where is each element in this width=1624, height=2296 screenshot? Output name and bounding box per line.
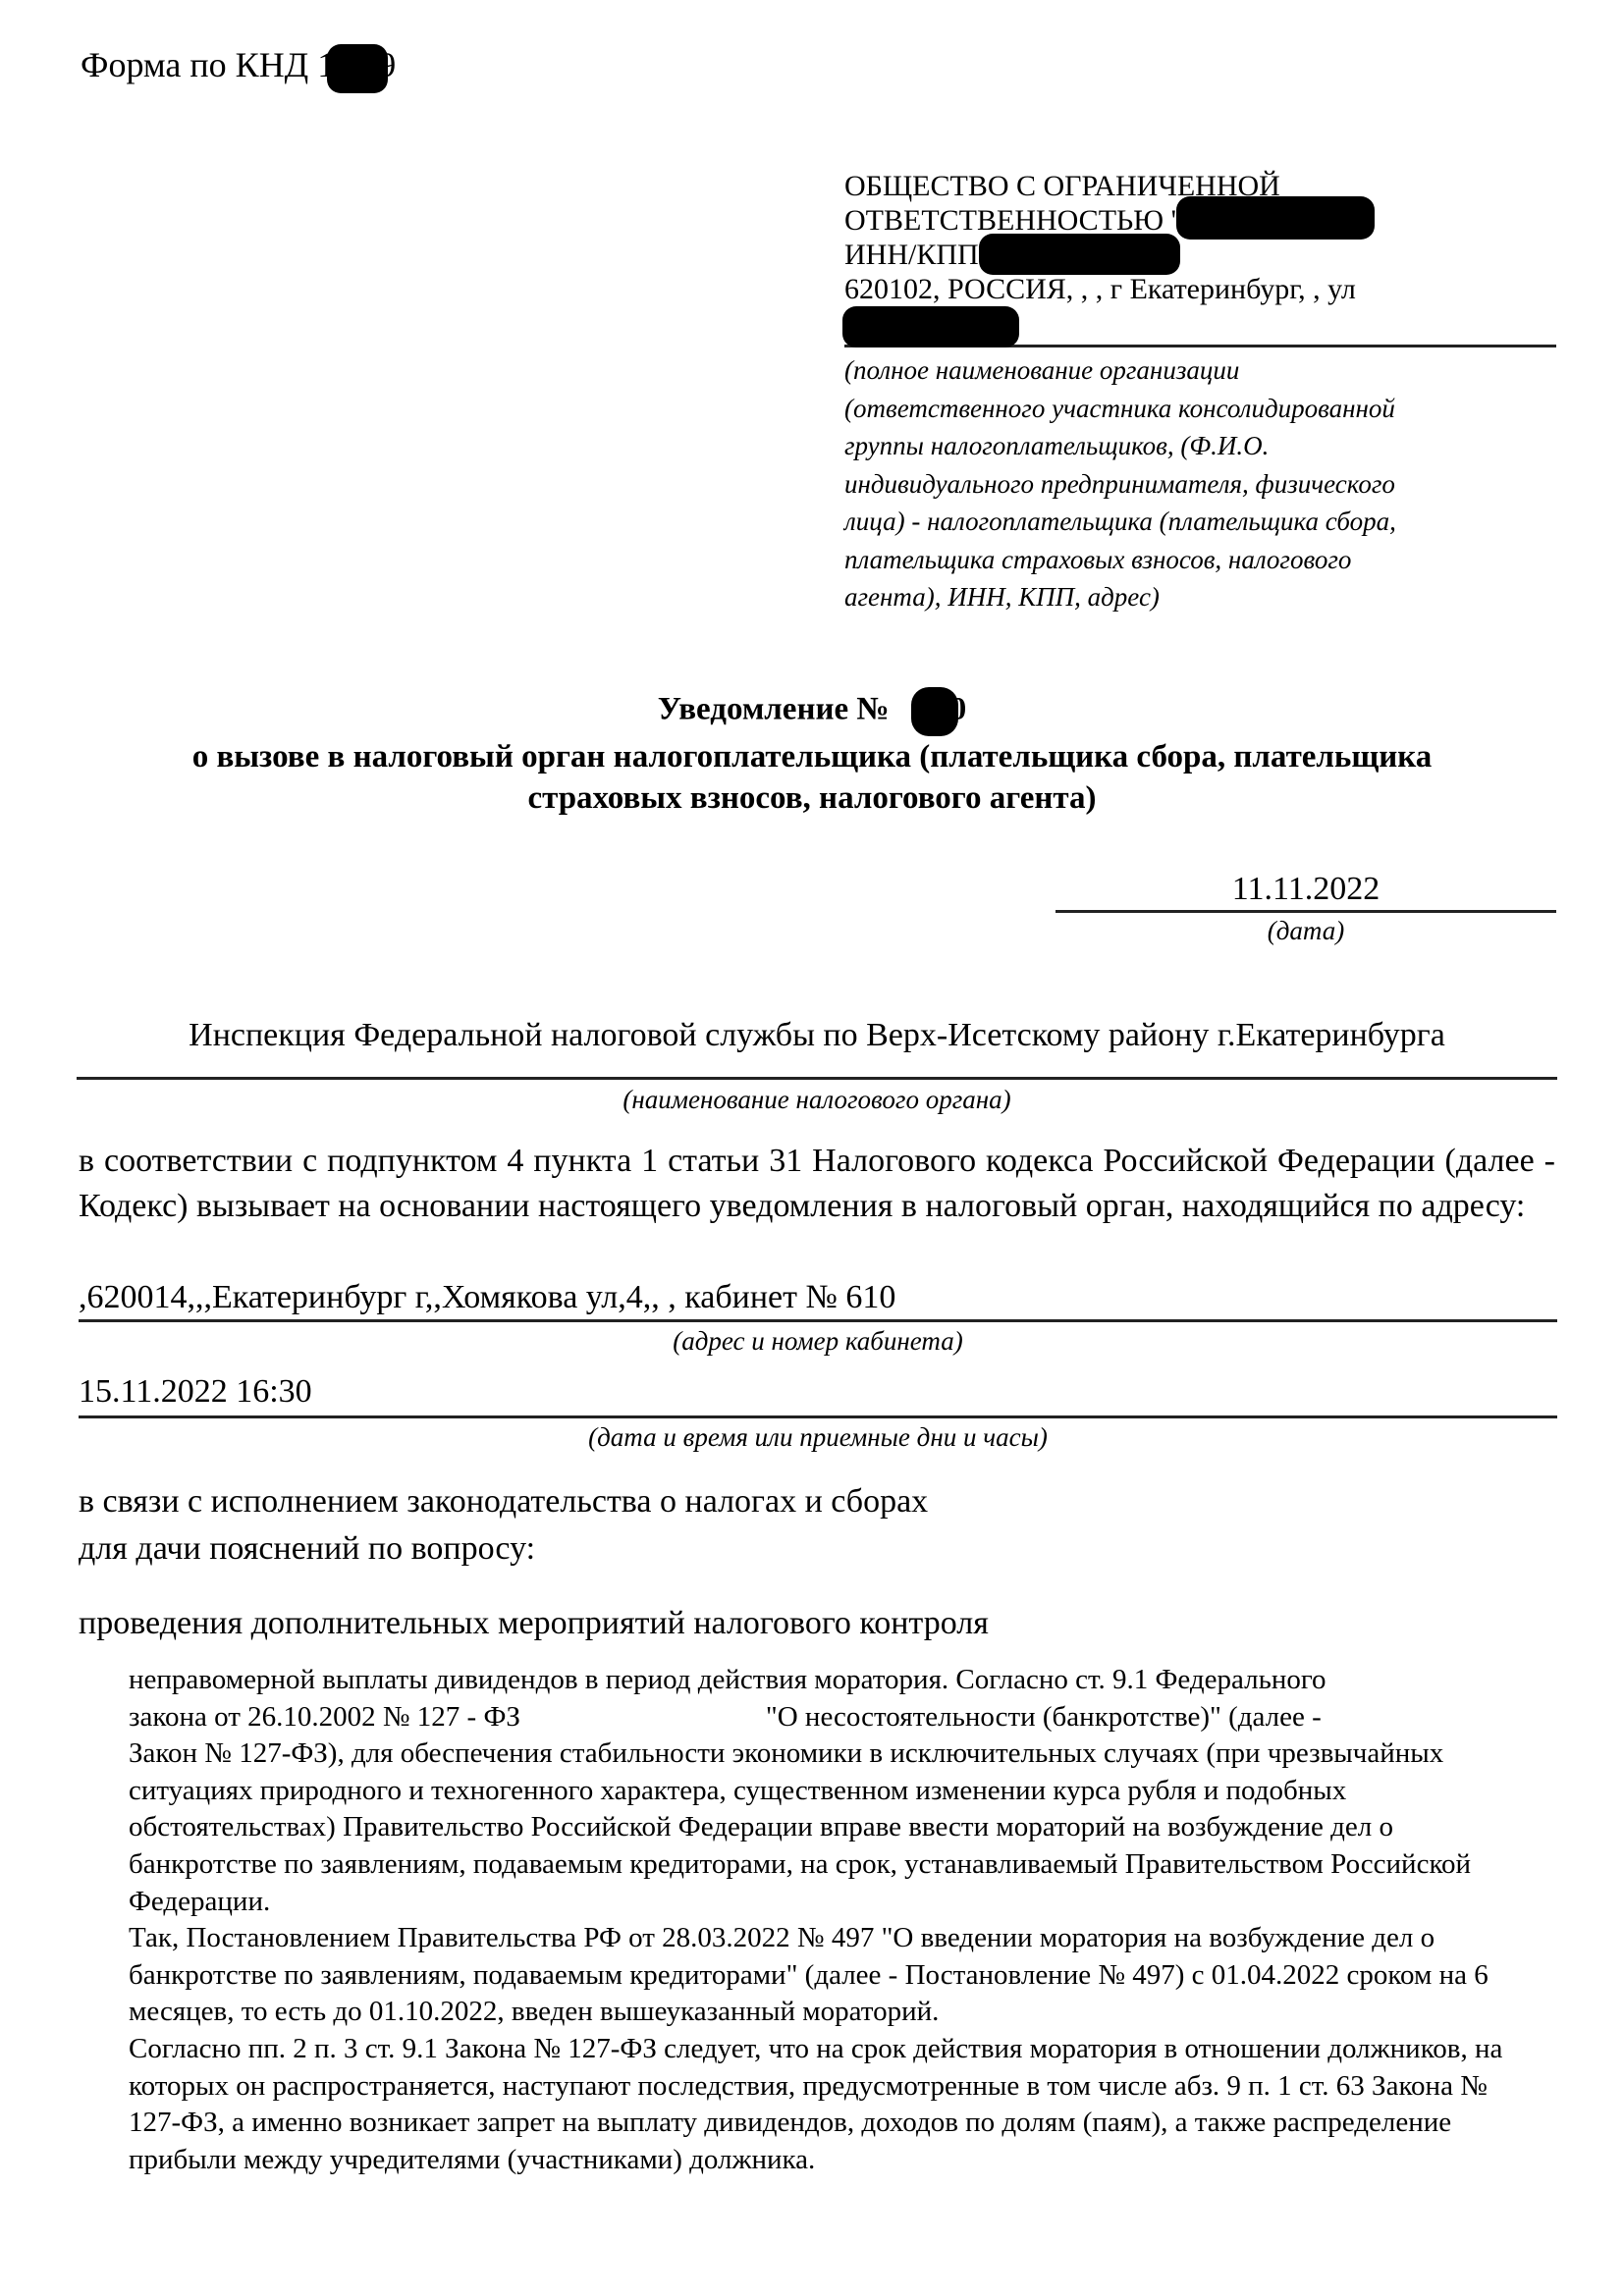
date-caption: (дата): [1056, 913, 1556, 948]
recipient-name-prefix: ОТВЕТСТВЕННОСТЬЮ ': [844, 204, 1176, 237]
question-text: проведения дополнительных мероприятий на…: [79, 1600, 989, 1647]
recipient-caption: (полное наименование организации (ответс…: [844, 351, 1556, 616]
appointment-field: 15.11.2022 16:30 (дата и время или прием…: [79, 1368, 1557, 1456]
purpose-block: в связи с исполнением законодательства о…: [79, 1478, 928, 1573]
redaction-block: [979, 234, 1180, 275]
title-line-3: страховых взносов, налогового агента): [0, 777, 1624, 819]
caption-line: плательщика страховых взносов, налоговог…: [844, 541, 1556, 579]
details-paragraph-2: Так, Постановлением Правительства РФ от …: [129, 1920, 1523, 2031]
details-paragraph-1: неправомерной выплаты дивидендов в перио…: [129, 1662, 1523, 1920]
details-paragraph-3: Согласно пп. 2 п. 3 ст. 9.1 Закона № 127…: [129, 2031, 1523, 2178]
title-number-line: Уведомление № 0: [0, 687, 1624, 736]
address-value: ,620014,,,Екатеринбург г,,Хомякова ул,4,…: [79, 1276, 1557, 1319]
caption-line: группы налогоплательщиков, (Ф.И.О.: [844, 427, 1556, 465]
tax-authority-field: Инспекция Федеральной налоговой службы п…: [77, 1009, 1557, 1119]
details-text: неправомерной выплаты дивидендов в перио…: [129, 1662, 1523, 2178]
title-prefix: Уведомление №: [658, 692, 890, 727]
details-line: закона от 26.10.2002 № 127 - ФЗ: [129, 1701, 520, 1733]
address-caption: (адрес и номер кабинета): [79, 1322, 1557, 1360]
purpose-line-1: в связи с исполнением законодательства о…: [79, 1478, 928, 1525]
title-number-suffix: 0: [950, 692, 967, 727]
caption-line: индивидуального предпринимателя, физичес…: [844, 465, 1556, 504]
recipient-block: ОБЩЕСТВО С ОГРАНИЧЕННОЙ ОТВЕТСТВЕННОСТЬЮ…: [844, 169, 1556, 616]
details-line: "О несостоятельности (банкротстве)" (дал…: [766, 1701, 1322, 1733]
appointment-value: 15.11.2022 16:30: [79, 1368, 1557, 1415]
recipient-address-redacted: [844, 306, 1556, 341]
recipient-address: 620102, РОССИЯ, , , г Екатеринбург, , ул: [844, 272, 1556, 306]
title-line-2: о вызове в налоговый орган налогоплатель…: [0, 736, 1624, 777]
details-line: Закон № 127-ФЗ), для обеспечения стабиль…: [129, 1737, 1471, 1916]
caption-line: агента), ИНН, КПП, адрес): [844, 578, 1556, 616]
form-code-prefix: Форма по КНД 1: [81, 45, 335, 84]
details-line: неправомерной выплаты дивидендов в перио…: [129, 1664, 1326, 1695]
redaction-block: [1176, 196, 1375, 240]
caption-line: (ответственного участника консолидирован…: [844, 390, 1556, 428]
form-code-suffix: 9: [378, 45, 396, 84]
intro-paragraph: в соответствии с подпунктом 4 пункта 1 с…: [79, 1139, 1555, 1229]
purpose-line-2: для дачи пояснений по вопросу:: [79, 1525, 928, 1573]
inn-kpp-label: ИНН/КПП: [844, 239, 979, 271]
caption-line: лица) - налогоплательщика (плательщика с…: [844, 503, 1556, 541]
caption-line: (полное наименование организации: [844, 351, 1556, 390]
recipient-line-2: ОТВЕТСТВЕННОСТЬЮ ': [844, 203, 1556, 238]
address-field: ,620014,,,Екатеринбург г,,Хомякова ул,4,…: [79, 1276, 1557, 1360]
document-title: Уведомление № 0 о вызове в налоговый орг…: [0, 687, 1624, 819]
date-field: 11.11.2022 (дата): [1056, 869, 1556, 948]
redaction-block: [842, 306, 1019, 347]
tax-authority-caption: (наименование налогового органа): [77, 1080, 1557, 1119]
recipient-inn-kpp: ИНН/КПП: [844, 238, 1556, 272]
date-value: 11.11.2022: [1056, 869, 1556, 910]
appointment-caption: (дата и время или приемные дни и часы): [79, 1418, 1557, 1456]
form-code: Форма по КНД 19: [81, 41, 396, 93]
tax-authority-name: Инспекция Федеральной налоговой службы п…: [77, 1009, 1557, 1062]
